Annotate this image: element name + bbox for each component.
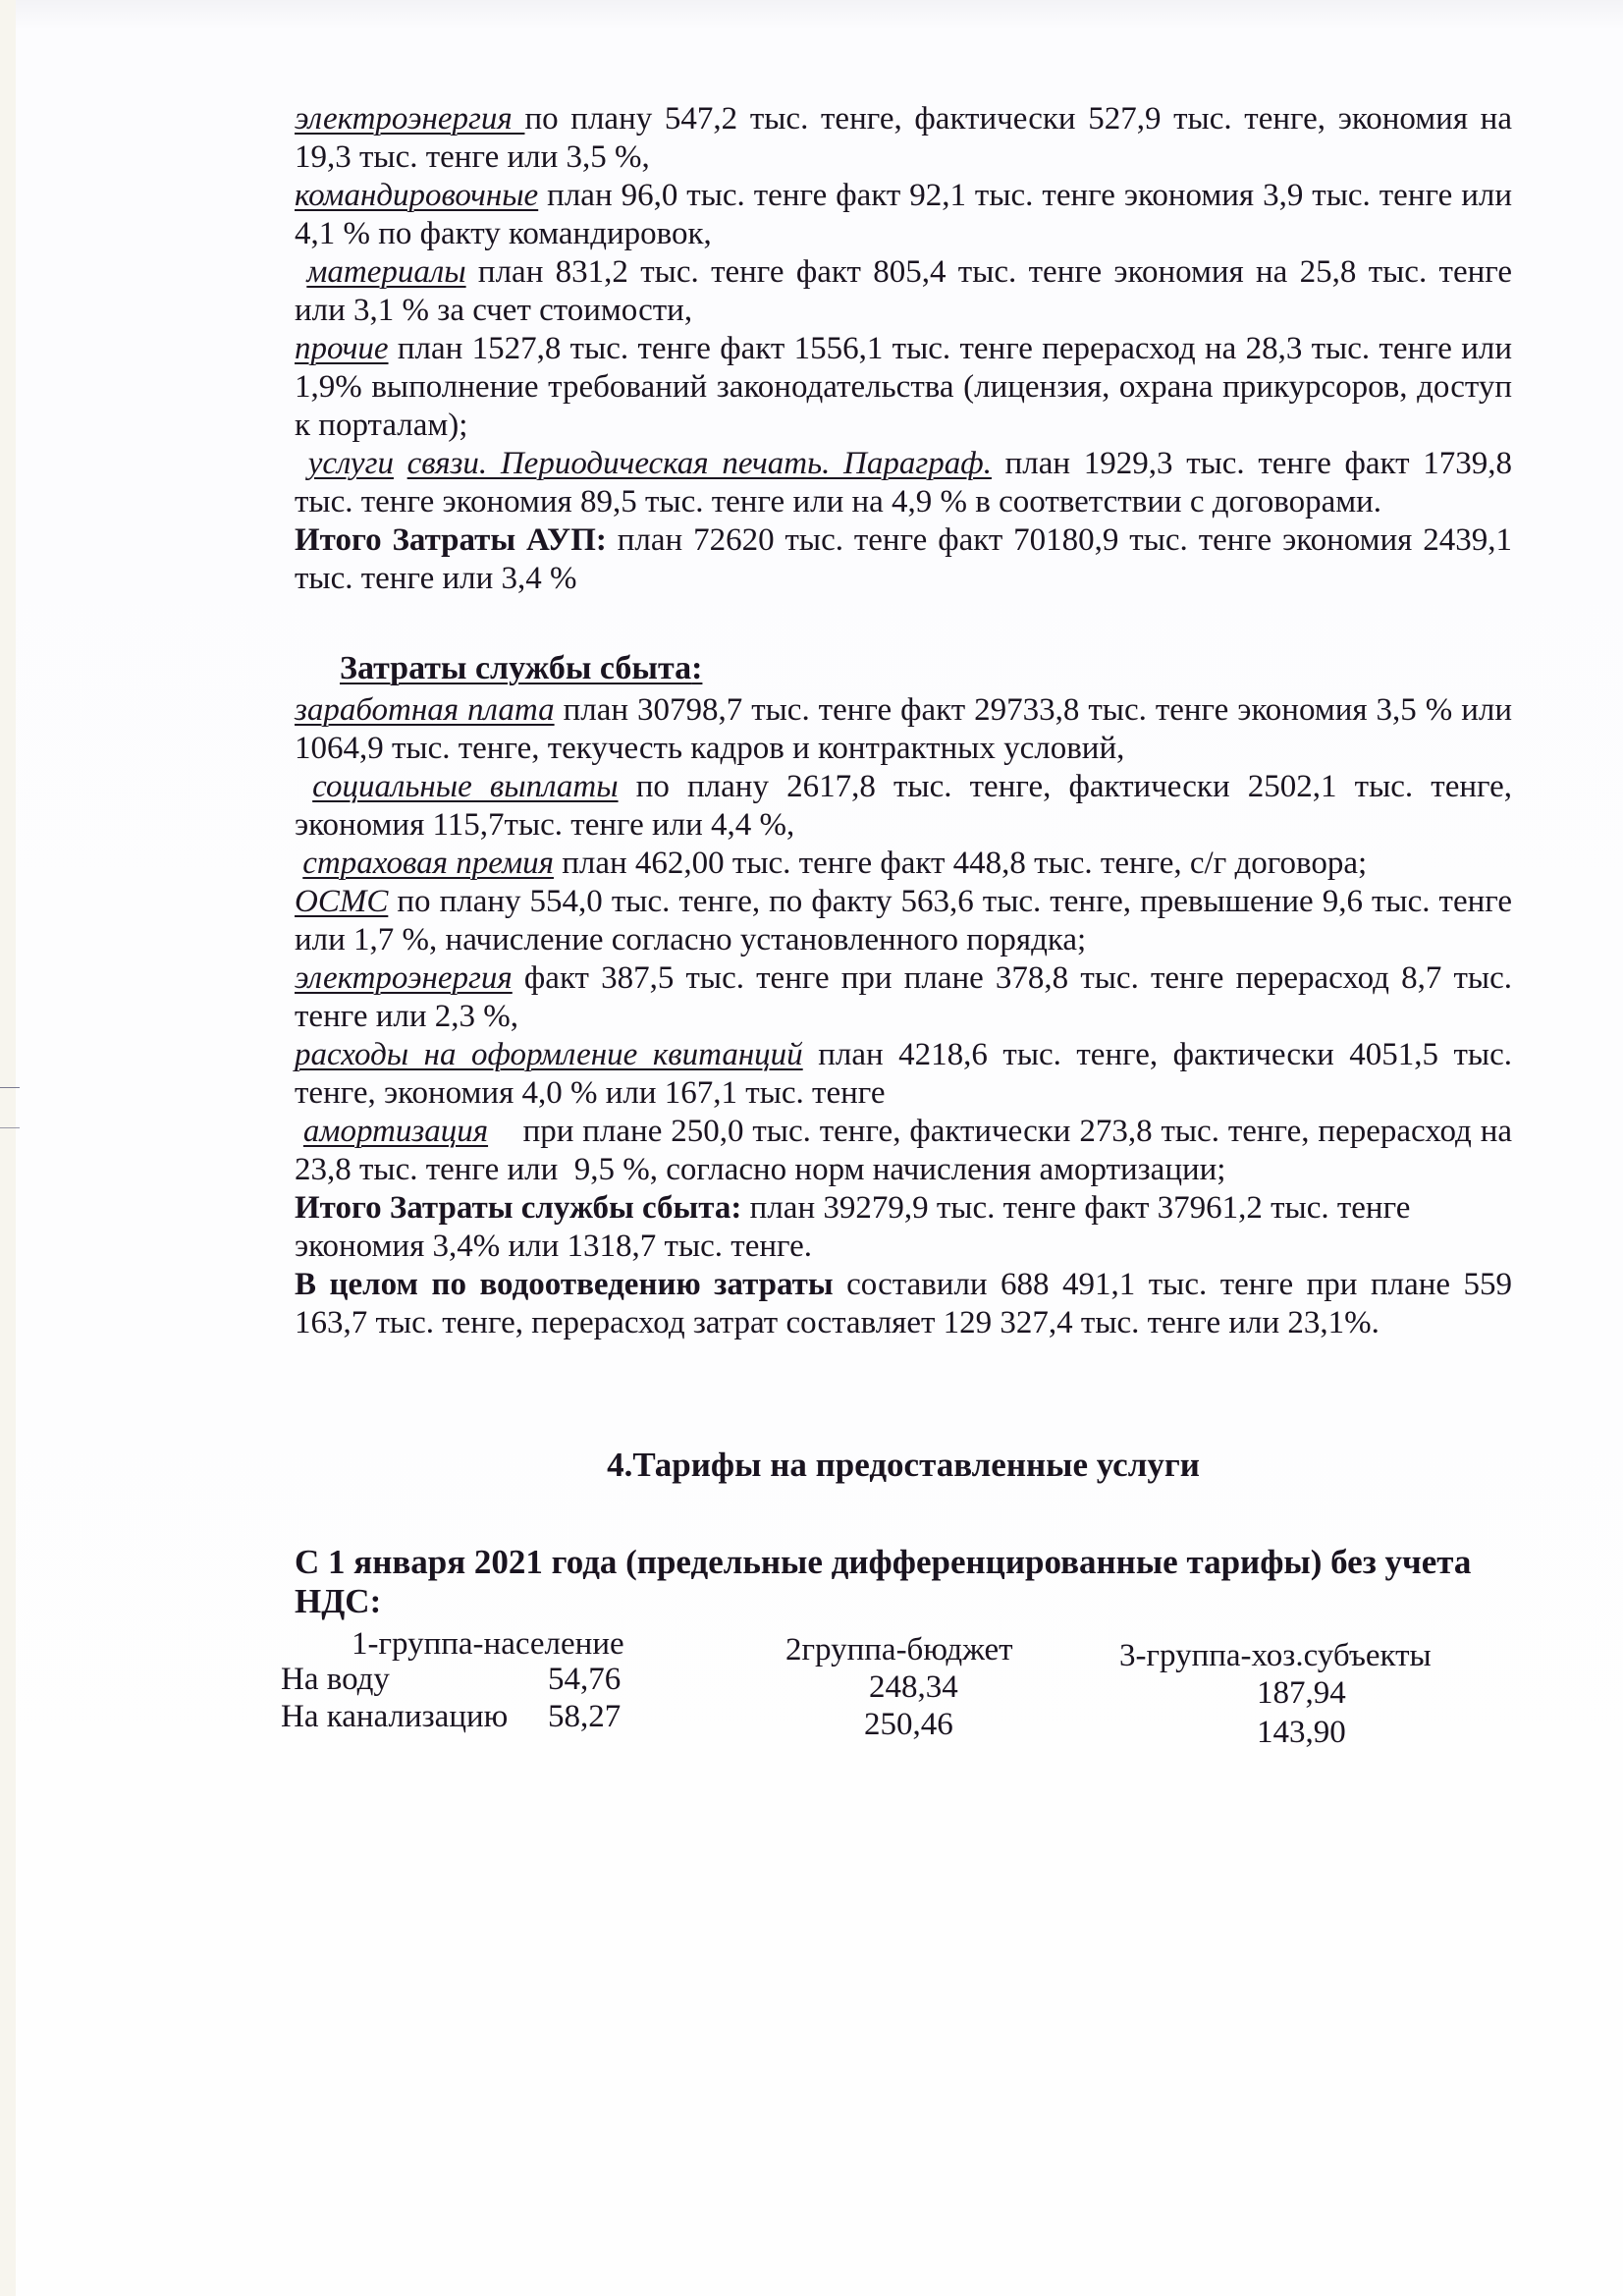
scan-mark bbox=[0, 1127, 20, 1128]
item-label: заработная плата bbox=[295, 692, 555, 728]
item-label: услуги bbox=[308, 446, 394, 481]
item-text: по плану 554,0 тыс. тенге, по факту 563,… bbox=[295, 884, 1512, 957]
item-text: план 1527,8 тыс. тенге факт 1556,1 тыс. … bbox=[295, 331, 1512, 443]
sales-total: Итого Затраты службы сбыта: план 39279,9… bbox=[295, 1189, 1512, 1266]
total-label: Итого Затраты службы сбыта: bbox=[295, 1190, 741, 1226]
total-label: Итого Затраты АУП: bbox=[295, 522, 607, 558]
section-title-colon: : bbox=[691, 650, 702, 686]
sales-item-social: социальные выплаты по плану 2617,8 тыс. … bbox=[295, 768, 1512, 845]
column-header: 1-группа-население bbox=[352, 1625, 624, 1664]
overall-summary: В целом по водоотведению затраты состави… bbox=[295, 1266, 1512, 1342]
item-label: социальные выплаты bbox=[312, 769, 618, 804]
sales-item-insurance: страховая премия план 462,00 тыс. тенге … bbox=[295, 845, 1512, 883]
row-label: На воду bbox=[281, 1661, 390, 1699]
column-header: 2группа-бюджет bbox=[785, 1631, 1013, 1669]
item-label-secondary: связи. Периодическая печать. Параграф. bbox=[407, 446, 992, 481]
table-cell: 248,34 bbox=[869, 1668, 958, 1707]
item-label: расходы на оформление квитанций bbox=[295, 1037, 803, 1072]
item-label: электроэнергия bbox=[295, 960, 513, 996]
table-cell: 187,94 bbox=[1257, 1674, 1346, 1713]
column-header: 3-группа-хоз.субъекты bbox=[1119, 1637, 1432, 1675]
item-label: электроэнергия bbox=[295, 101, 524, 137]
sales-item-salary: заработная плата план 30798,7 тыс. тенге… bbox=[295, 691, 1512, 768]
document-body: электроэнергия по плану 547,2 тыс. тенге… bbox=[295, 100, 1512, 1753]
scan-mark bbox=[0, 1087, 20, 1088]
table-cell: 143,90 bbox=[1257, 1714, 1346, 1752]
item-label: ОСМС bbox=[295, 884, 388, 919]
tariffs-heading: 4.Тарифы на предоставленные услуги bbox=[295, 1446, 1512, 1484]
aup-item-travel: командировочные план 96,0 тыс. тенге фак… bbox=[295, 177, 1512, 253]
aup-item-materials: материалы план 831,2 тыс. тенге факт 805… bbox=[295, 253, 1512, 330]
item-label: командировочные bbox=[295, 178, 538, 213]
item-label: материалы bbox=[306, 254, 465, 290]
sales-item-electricity: электроэнергия факт 387,5 тыс. тенге при… bbox=[295, 959, 1512, 1036]
table-cell: 54,76 bbox=[548, 1661, 621, 1699]
item-label: страховая премия bbox=[302, 846, 554, 881]
scanned-page: электроэнергия по плану 547,2 тыс. тенге… bbox=[0, 0, 1623, 2296]
item-label: прочие bbox=[295, 331, 389, 366]
item-text: план 831,2 тыс. тенге факт 805,4 тыс. те… bbox=[295, 254, 1512, 328]
aup-total: Итого Затраты АУП: план 72620 тыс. тенге… bbox=[295, 521, 1512, 598]
tariffs-subheading: С 1 января 2021 года (предельные диффере… bbox=[295, 1543, 1512, 1621]
sales-item-receipts: расходы на оформление квитанций план 421… bbox=[295, 1036, 1512, 1113]
section-title-sales: Затраты службы сбыта: bbox=[340, 649, 1512, 687]
row-label: На канализацию bbox=[281, 1698, 508, 1736]
item-text: план 462,00 тыс. тенге факт 448,8 тыс. т… bbox=[554, 846, 1367, 881]
table-cell: 250,46 bbox=[864, 1706, 953, 1744]
sales-item-osms: ОСМС по плану 554,0 тыс. тенге, по факту… bbox=[295, 883, 1512, 959]
tariffs-table: 1-группа-население 2группа-бюджет 3-груп… bbox=[295, 1625, 1512, 1753]
sales-item-depreciation: амортизация при плане 250,0 тыс. тенге, … bbox=[295, 1113, 1512, 1189]
aup-item-other: прочие план 1527,8 тыс. тенге факт 1556,… bbox=[295, 330, 1512, 445]
aup-item-electricity: электроэнергия по плану 547,2 тыс. тенге… bbox=[295, 100, 1512, 177]
item-label: амортизация bbox=[303, 1114, 488, 1149]
scan-edge bbox=[0, 0, 16, 2296]
section-title-text: Затраты службы сбыта bbox=[340, 650, 691, 686]
table-cell: 58,27 bbox=[548, 1698, 621, 1736]
overall-label: В целом по водоотведению затраты bbox=[295, 1267, 834, 1302]
aup-item-services: услуги связи. Периодическая печать. Пара… bbox=[295, 445, 1512, 521]
